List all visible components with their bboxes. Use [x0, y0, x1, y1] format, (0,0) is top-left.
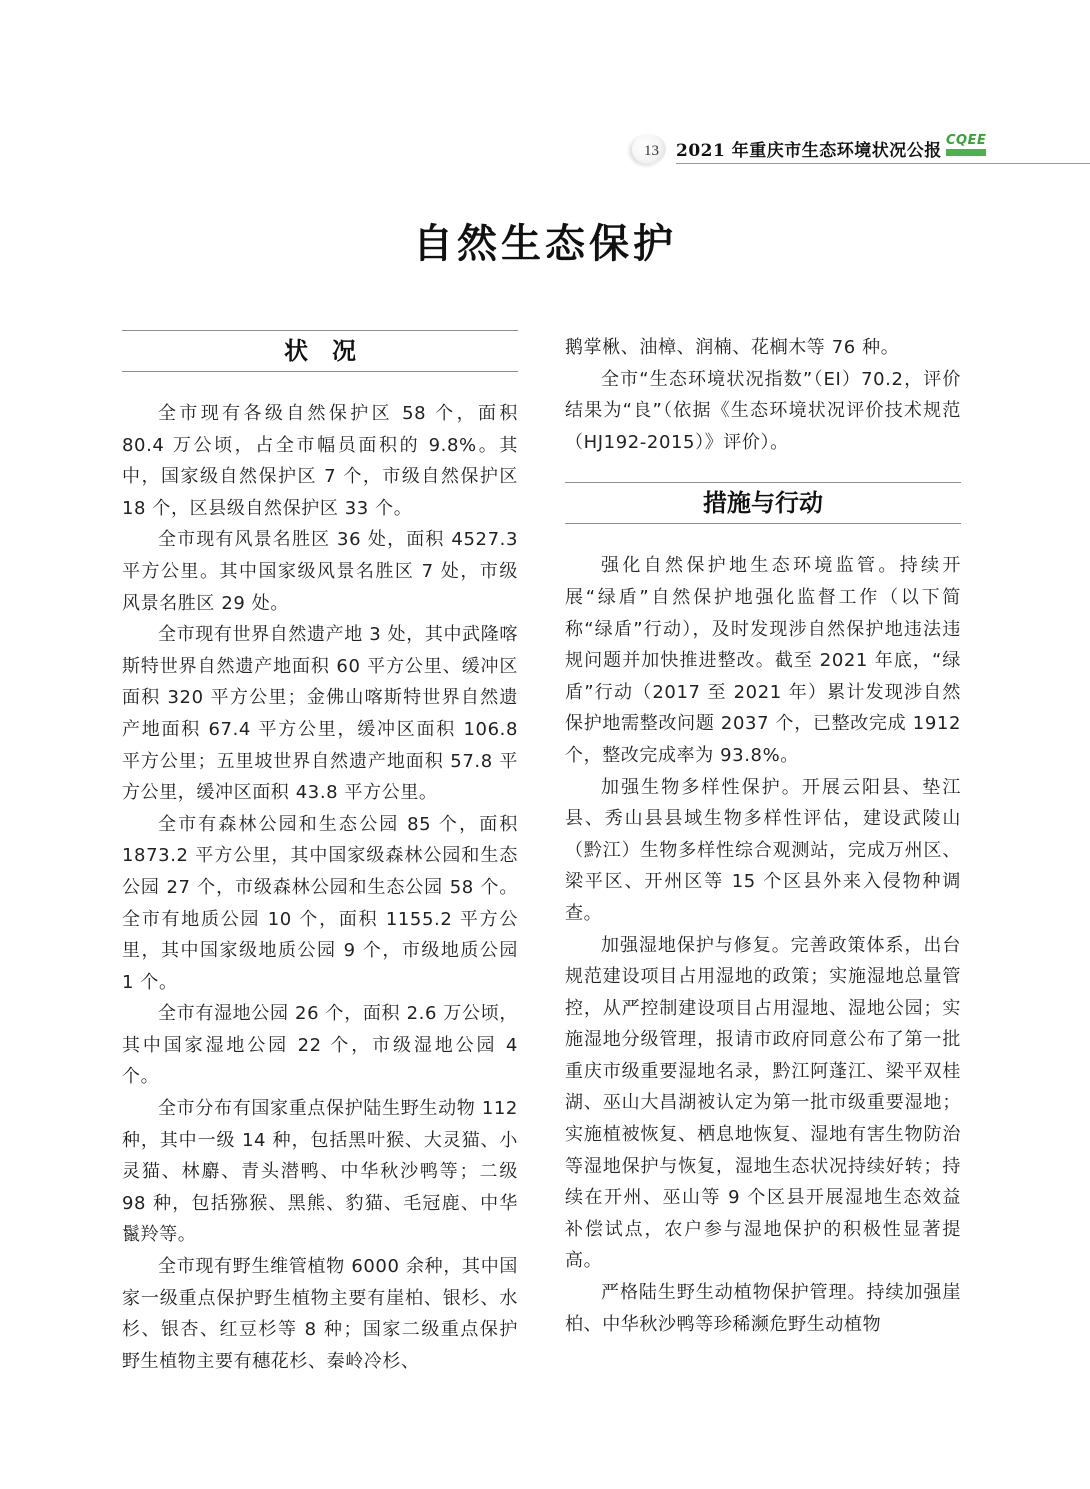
page-number-badge: 13 — [632, 134, 666, 164]
report-title: 2021 年重庆市生态环境状况公报 — [676, 136, 942, 161]
page-number: 13 — [644, 143, 659, 160]
paragraph: 加强湿地保护与修复。完善政策体系，出台规范建设项目占用湿地的政策；实施湿地总量管… — [565, 930, 961, 1278]
paragraph: 全市现有风景名胜区 36 处，面积 4527.3 平方公里。其中国家级风景名胜区… — [122, 524, 518, 619]
paragraph: 全市有森林公园和生态公园 85 个，面积 1873.2 平方公里，其中国家级森林… — [122, 809, 518, 999]
paragraph: 全市现有各级自然保护区 58 个，面积 80.4 万公顷，占全市幅员面积的 9.… — [122, 398, 518, 524]
paragraph: 全市分布有国家重点保护陆生野生动物 112 种，其中一级 14 种，包括黑叶猴、… — [122, 1093, 518, 1251]
page-title: 自然生态保护 — [0, 212, 1090, 269]
paragraph: 强化自然保护地生态环境监管。持续开展“绿盾”自然保护地强化监督工作（以下简称“绿… — [565, 550, 961, 771]
logo-text: CQEE — [946, 134, 994, 147]
paragraph: 严格陆生野生动植物保护管理。持续加强崖柏、中华秋沙鸭等珍稀濒危野生动植物 — [565, 1277, 961, 1340]
left-column: 状 况 全市现有各级自然保护区 58 个，面积 80.4 万公顷，占全市幅员面积… — [122, 328, 518, 1377]
paragraph: 加强生物多样性保护。开展云阳县、垫江县、秀山县县域生物多样性评估，建设武陵山（黔… — [565, 772, 961, 930]
paragraph: 全市现有野生维管植物 6000 余种，其中国家一级重点保护野生植物主要有崖柏、银… — [122, 1251, 518, 1377]
section-heading-status: 状 况 — [122, 330, 518, 372]
section-heading-measures: 措施与行动 — [565, 482, 961, 524]
paragraph: 全市有湿地公园 26 个，面积 2.6 万公顷，其中国家湿地公园 22 个，市级… — [122, 998, 518, 1093]
page-header: 13 2021 年重庆市生态环境状况公报 CQEE — [628, 130, 1090, 170]
paragraph-continuation: 鹅掌楸、油樟、润楠、花榈木等 76 种。 — [565, 332, 961, 364]
paragraph: 全市现有世界自然遗产地 3 处，其中武隆喀斯特世界自然遗产地面积 60 平方公里… — [122, 619, 518, 809]
cqee-logo-icon: CQEE — [946, 134, 994, 158]
header-divider — [676, 163, 1090, 164]
paragraph-ei: 全市“生态环境状况指数”（EI）70.2，评价结果为“良”（依据《生态环境状况评… — [565, 364, 961, 459]
logo-subtitle-bar — [946, 149, 986, 156]
right-column: 鹅掌楸、油樟、润楠、花榈木等 76 种。 全市“生态环境状况指数”（EI）70.… — [565, 332, 961, 1340]
